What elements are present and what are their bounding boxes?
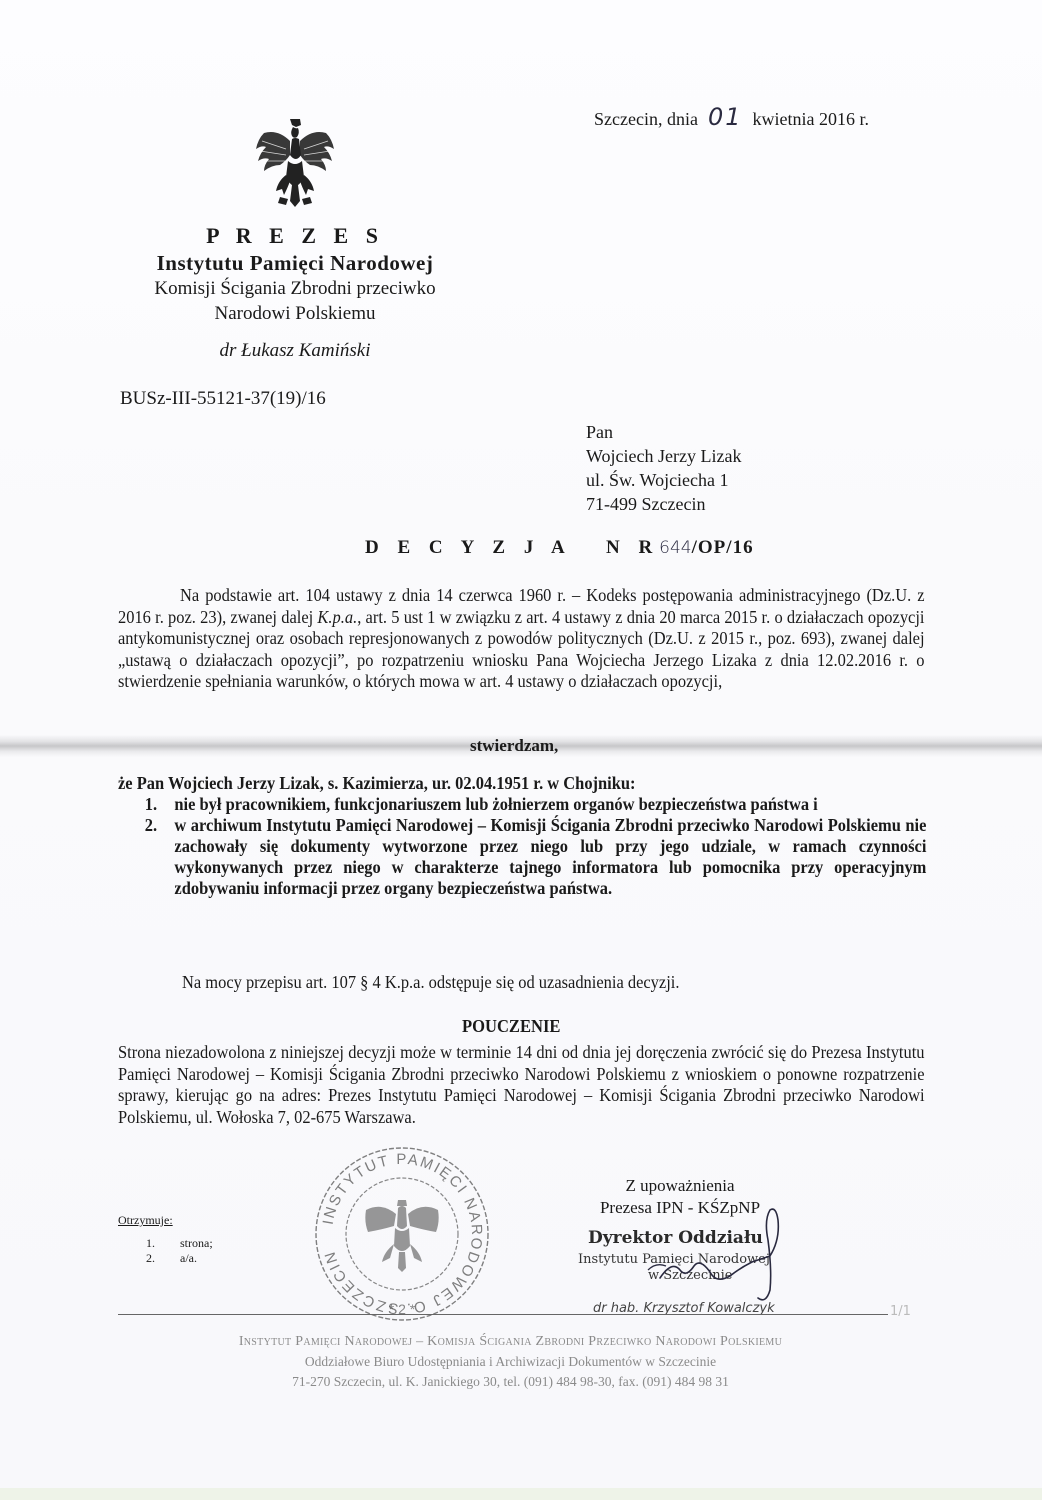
recipients-item: 2. a/a. bbox=[146, 1251, 213, 1266]
footer-divider bbox=[118, 1314, 888, 1315]
recipient-address: Pan Wojciech Jerzy Lizak ul. Św. Wojciec… bbox=[586, 420, 741, 516]
instruction-text: Strona niezadowolona z niniejszej decyzj… bbox=[118, 1042, 925, 1128]
authorization-line1: Z upoważnienia bbox=[580, 1175, 780, 1197]
finding-list: nie był pracownikiem, funkcjonariuszem l… bbox=[118, 794, 926, 899]
finding-item: w archiwum Instytutu Pamięci Narodowej –… bbox=[161, 815, 926, 899]
place-date: Szczecin, dnia01kwietnia 2016 r. bbox=[594, 103, 869, 131]
kpa-abbreviation: K.p.a. bbox=[317, 607, 357, 627]
recipients-label: Otrzymuje: bbox=[118, 1213, 213, 1228]
recipient-name: Wojciech Jerzy Lizak bbox=[586, 444, 741, 468]
recipients-table: 1. strona; 2. a/a. bbox=[146, 1236, 213, 1266]
handwritten-signature-icon bbox=[620, 1200, 800, 1310]
place-date-prefix: Szczecin, dnia bbox=[594, 109, 698, 129]
issuer-header: P R E Z E S Instytutu Pamięci Narodowej … bbox=[120, 222, 470, 362]
finding-section: że Pan Wojciech Jerzy Lizak, s. Kazimier… bbox=[118, 772, 926, 899]
recipients-list: Otrzymuje: 1. strona; 2. a/a. bbox=[118, 1213, 213, 1266]
recipient-salutation: Pan bbox=[586, 420, 741, 444]
recipients-item-text: strona; bbox=[180, 1236, 213, 1251]
reference-number: BUSz-III-55121-37(19)/16 bbox=[120, 388, 326, 410]
justification-waiver: Na mocy przepisu art. 107 § 4 K.p.a. ods… bbox=[182, 972, 679, 993]
page-number: 1/1 bbox=[890, 1304, 911, 1319]
recipients-item-num: 1. bbox=[146, 1236, 180, 1251]
finding-item: nie był pracownikiem, funkcjonariuszem l… bbox=[161, 794, 926, 815]
decision-title-prefix: D E C Y Z J A N R bbox=[365, 537, 659, 558]
decision-title-suffix: /OP/16 bbox=[692, 537, 754, 558]
recipients-item: 1. strona; bbox=[146, 1236, 213, 1251]
recipient-city: 71-499 Szczecin bbox=[586, 492, 741, 516]
footer-line1: Instytut Pamięci Narodowej – Komisja Ści… bbox=[118, 1332, 903, 1352]
institution-footer: Instytut Pamięci Narodowej – Komisja Ści… bbox=[118, 1332, 903, 1392]
instruction-title: POUCZENIE bbox=[462, 1016, 560, 1037]
issuer-commission-line2: Narodowi Polskiemu bbox=[120, 301, 470, 326]
footer-line3: 71-270 Szczecin, ul. K. Janickiego 30, t… bbox=[118, 1372, 903, 1392]
finding-intro: że Pan Wojciech Jerzy Lizak, s. Kazimier… bbox=[118, 772, 926, 794]
legal-basis-paragraph: Na podstawie art. 104 ustawy z dnia 14 c… bbox=[118, 585, 925, 693]
scan-bottom-edge bbox=[0, 1488, 1042, 1500]
official-round-stamp-icon: INSTYTUT PAMIĘCI NARODOWEJ O. SZCZECIN *… bbox=[312, 1144, 492, 1324]
handwritten-decision-number: 644 bbox=[659, 538, 691, 558]
handwritten-day: 01 bbox=[708, 103, 743, 131]
issuer-commission-line1: Komisji Ścigania Zbrodni przeciwko bbox=[120, 276, 470, 301]
issuer-name: dr Łukasz Kamiński bbox=[120, 340, 470, 362]
recipient-street: ul. Św. Wojciecha 1 bbox=[586, 468, 741, 492]
decision-title: D E C Y Z J A N R644/OP/16 bbox=[365, 537, 754, 559]
determination-word: stwierdzam, bbox=[470, 736, 558, 756]
place-date-suffix: kwietnia 2016 r. bbox=[753, 109, 869, 129]
recipients-item-num: 2. bbox=[146, 1251, 180, 1266]
issuer-title: P R E Z E S bbox=[120, 222, 470, 250]
issuer-institution: Instytutu Pamięci Narodowej bbox=[120, 250, 470, 276]
polish-eagle-emblem-icon bbox=[252, 115, 338, 213]
footer-line2: Oddziałowe Biuro Udostępniania i Archiwi… bbox=[118, 1352, 903, 1372]
recipients-item-text: a/a. bbox=[180, 1251, 213, 1266]
